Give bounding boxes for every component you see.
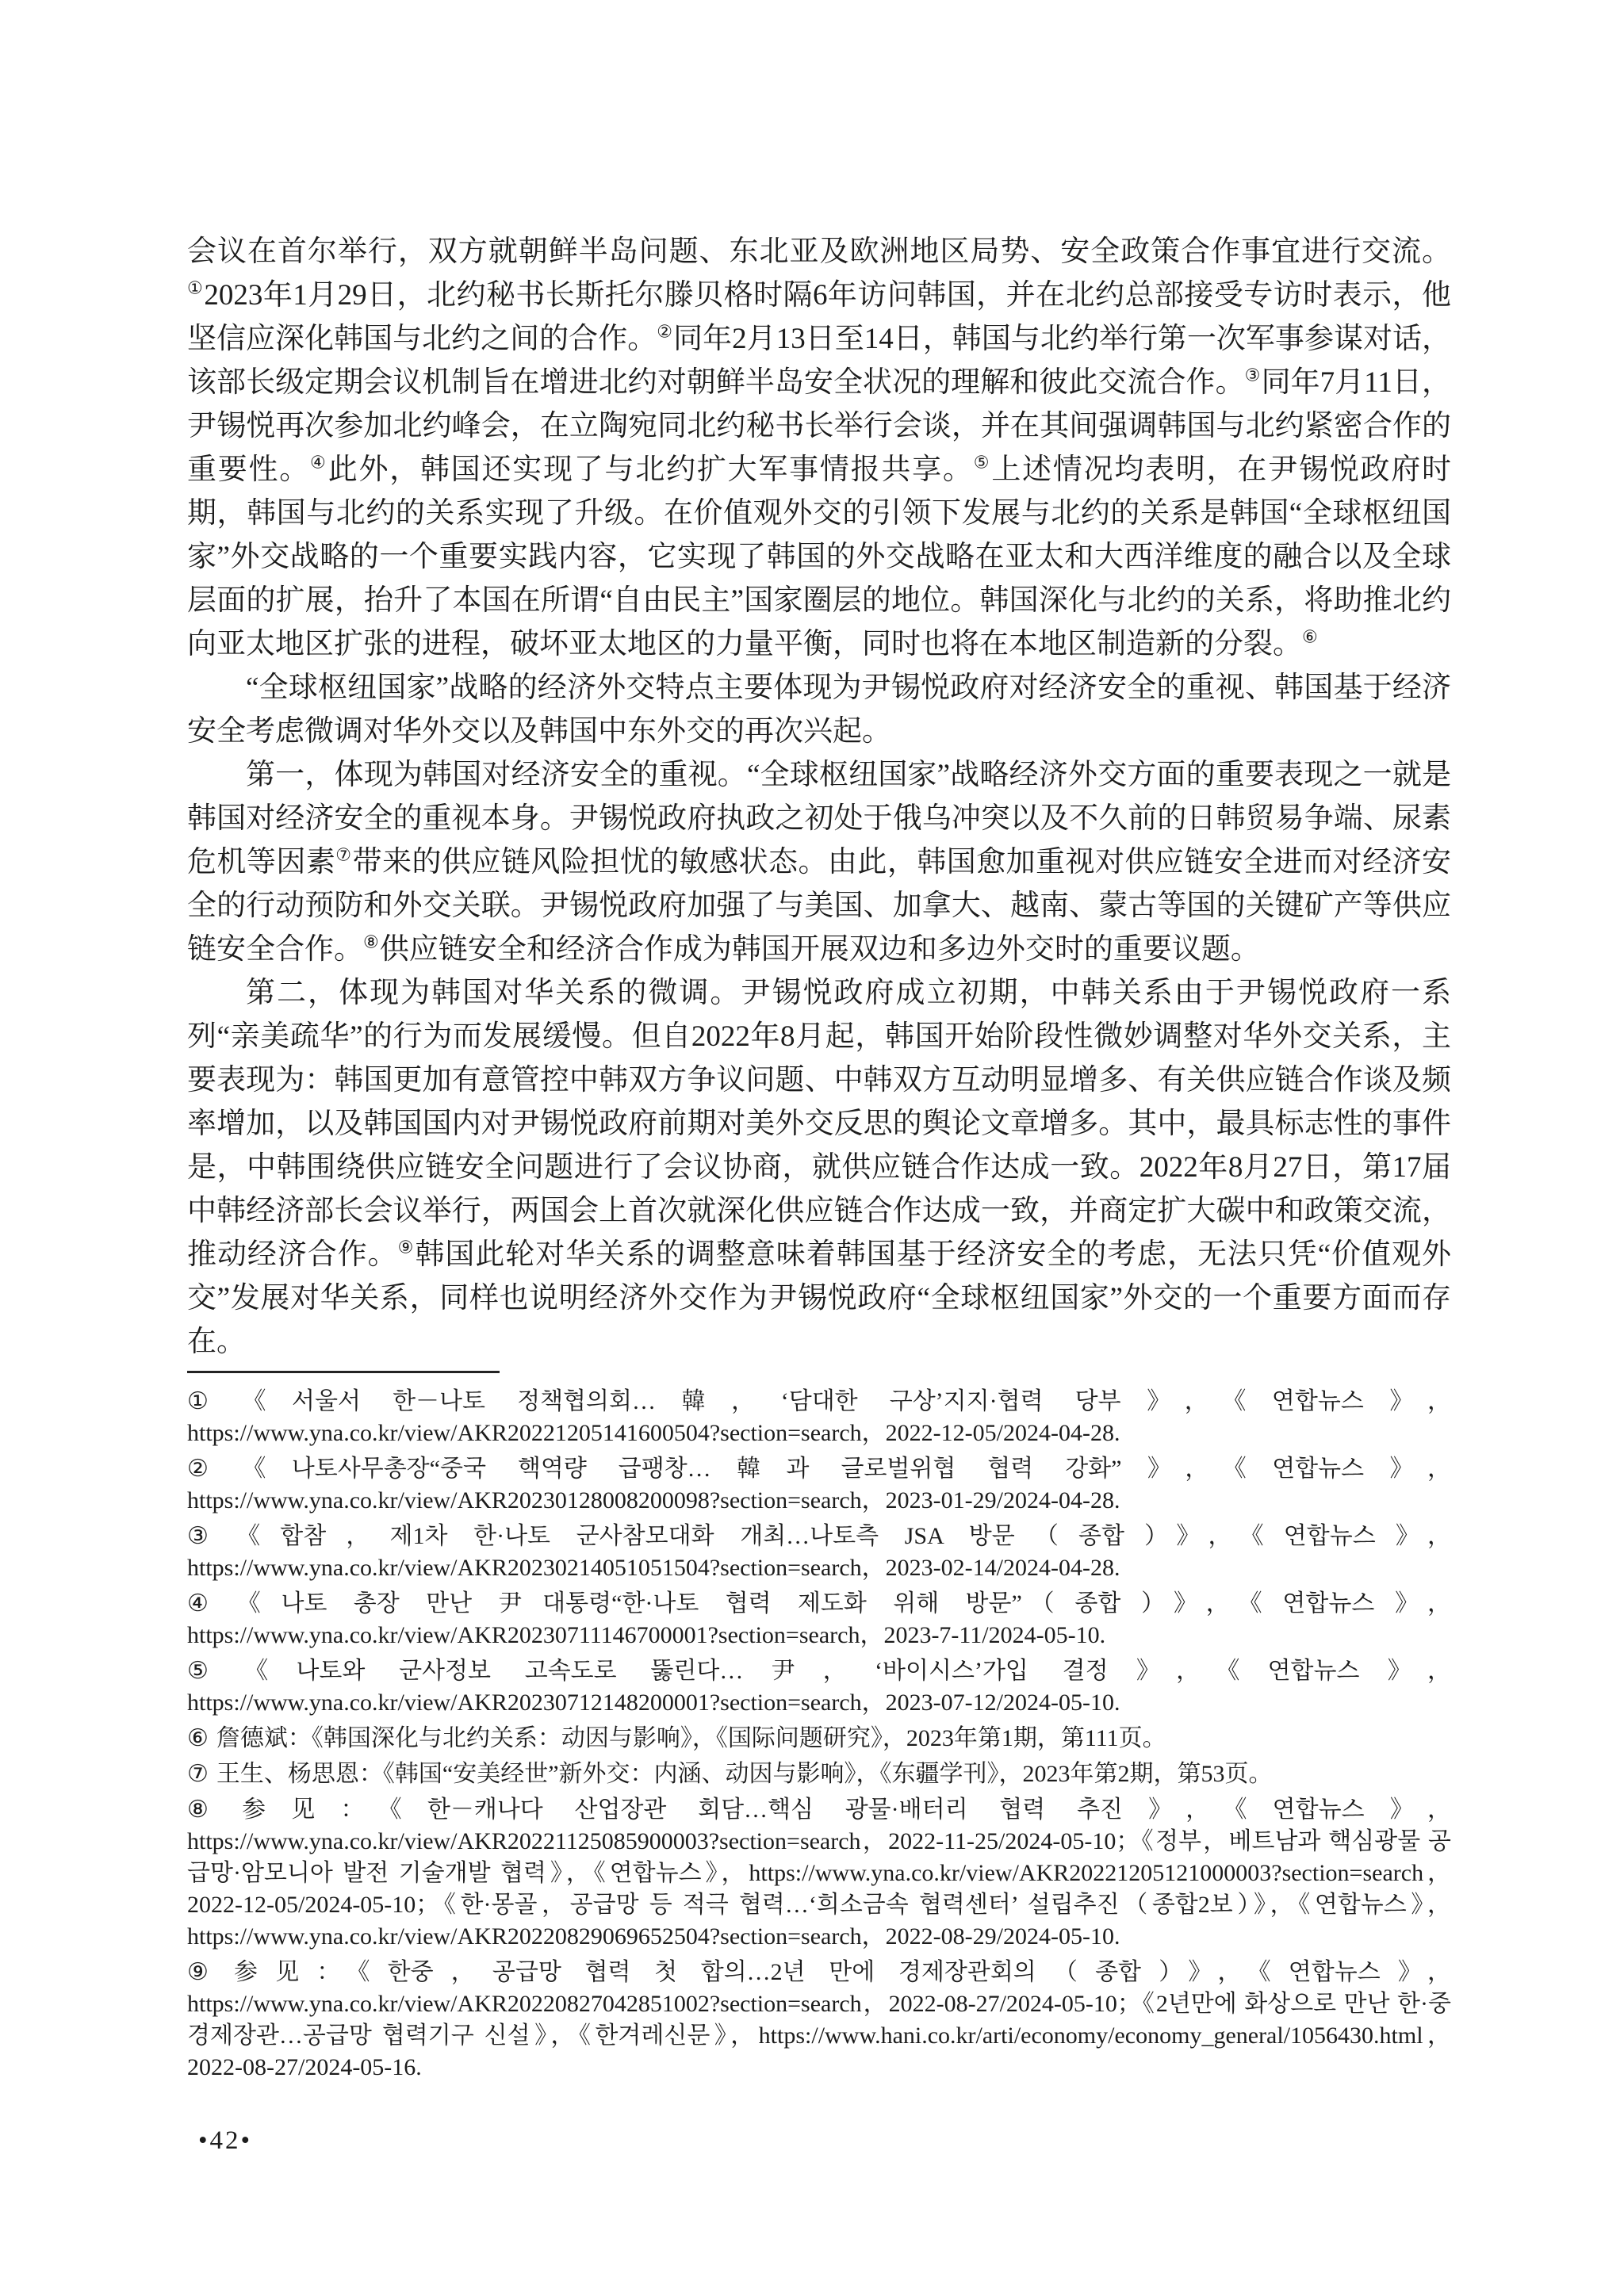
footnote-marker: ①	[187, 1388, 234, 1414]
footnote-ref: ⑤	[974, 453, 992, 473]
footnote-ref: ⑨	[398, 1238, 416, 1257]
body-paragraph: 会议在首尔举行，双方就朝鲜半岛问题、东北亚及欧洲地区局势、安全政策合作事宜进行交…	[187, 230, 1451, 666]
footnote: ⑥詹德斌：《韩国深化与北约关系：动因与影响》，《国际问题研究》，2023年第1期…	[187, 1723, 1451, 1755]
footnote-text: 詹德斌：《韩国深化与北约关系：动因与影响》，《国际问题研究》，2023年第1期，…	[216, 1725, 1166, 1751]
footnote-ref: ⑧	[363, 932, 380, 952]
footnote-text: 参见：《한중，공급망 협력 첫 합의…2년 만에 경제장관회의（종합）》，《연합…	[187, 1959, 1451, 2080]
footnote-text: 《나토와 군사정보 고속도로 뚫린다…尹，‘바이시스’가입 결정》，《연합뉴스》…	[187, 1658, 1451, 1716]
footnote-marker: ②	[187, 1456, 234, 1482]
footnote-text: 参见：《한－캐나다 산업장관 회담…핵심 광물·배터리 협력 추진》，《연합뉴스…	[187, 1797, 1451, 1950]
footnote-marker: ④	[187, 1590, 229, 1617]
footnote-marker: ③	[187, 1523, 228, 1549]
footnote-ref: ③	[1245, 365, 1262, 385]
footnote-marker: ⑧	[187, 1797, 234, 1823]
body-paragraph: “全球枢纽国家”战略的经济外交特点主要体现为尹锡悦政府对经济安全的重视、韩国基于…	[187, 666, 1451, 753]
footnote-text: 《나토사무총장“중국 핵역량 급팽창…韓과 글로벌위협 협력 강화”》，《연합뉴…	[187, 1456, 1451, 1513]
footnote-marker: ⑦	[187, 1761, 209, 1787]
footnote-text: 《나토 총장 만난 尹대통령“한·나토 협력 제도화 위해 방문”（종합）》，《…	[187, 1590, 1451, 1648]
footnote: ⑦王生、杨思恩：《韩国“安美经世”新外交：内涵、动因与影响》，《东疆学刊》，20…	[187, 1758, 1451, 1790]
page-number: •42•	[198, 2126, 252, 2156]
footnote: ⑨参见：《한중，공급망 협력 첫 합의…2년 만에 경제장관회의（종합）》，《연…	[187, 1957, 1451, 2084]
footnote-ref: ①	[187, 278, 204, 298]
footnote: ⑧参见：《한－캐나다 산업장관 회담…핵심 광물·배터리 협력 추진》，《연합뉴…	[187, 1794, 1451, 1953]
body-text-block: 会议在首尔举行，双方就朝鲜半岛问题、东北亚及欧洲地区局势、安全政策合作事宜进行交…	[187, 230, 1451, 1364]
footnote-text: 王生、杨思恩：《韩国“安美经世”新外交：内涵、动因与影响》，《东疆学刊》，202…	[216, 1761, 1273, 1787]
footnote-ref: ②	[657, 322, 673, 342]
footnote-ref: ⑥	[1302, 627, 1319, 647]
footnote: ②《나토사무총장“중국 핵역량 급팽창…韓과 글로벌위협 협력 강화”》，《연합…	[187, 1453, 1451, 1517]
footnote: ①《서울서 한－나토 정책협의회…韓，‘담대한 구상’지지·협력 당부》，《연합…	[187, 1386, 1451, 1449]
footnote-text: 《서울서 한－나토 정책협의회…韓，‘담대한 구상’지지·협력 당부》，《연합뉴…	[187, 1388, 1451, 1446]
footnote-marker: ⑤	[187, 1658, 236, 1684]
body-paragraph: 第二，体现为韩国对华关系的微调。尹锡悦政府成立初期，中韩关系由于尹锡悦政府一系列…	[187, 971, 1451, 1364]
footnote-marker: ⑨	[187, 1959, 226, 1985]
footnote: ④《나토 총장 만난 尹대통령“한·나토 협력 제도화 위해 방문”（종합）》，…	[187, 1588, 1451, 1651]
footnote-ref: ④	[310, 453, 328, 473]
paper-page: 会议在首尔举行，双方就朝鲜半岛问题、东北亚及欧洲地区局势、安全政策合作事宜进行交…	[0, 0, 1624, 2296]
footnote: ③《합참，제1차 한·나토 군사참모대화 개최…나토측 JSA 방문（종합）》，…	[187, 1521, 1451, 1584]
footnote-text: 《합참，제1차 한·나토 군사참모대화 개최…나토측 JSA 방문（종합）》，《…	[187, 1523, 1451, 1581]
body-paragraph: 第一，体现为韩国对经济安全的重视。“全球枢纽国家”战略经济外交方面的重要表现之一…	[187, 753, 1451, 971]
footnote: ⑤《나토와 군사정보 고속도로 뚫린다…尹，‘바이시스’가입 결정》，《연합뉴스…	[187, 1655, 1451, 1719]
footnote-separator	[187, 1371, 500, 1373]
footnote-ref: ⑦	[335, 845, 352, 865]
footnotes-block: ①《서울서 한－나토 정책협의회…韓，‘담대한 구상’지지·협력 당부》，《연합…	[187, 1386, 1451, 2087]
footnote-marker: ⑥	[187, 1725, 209, 1751]
